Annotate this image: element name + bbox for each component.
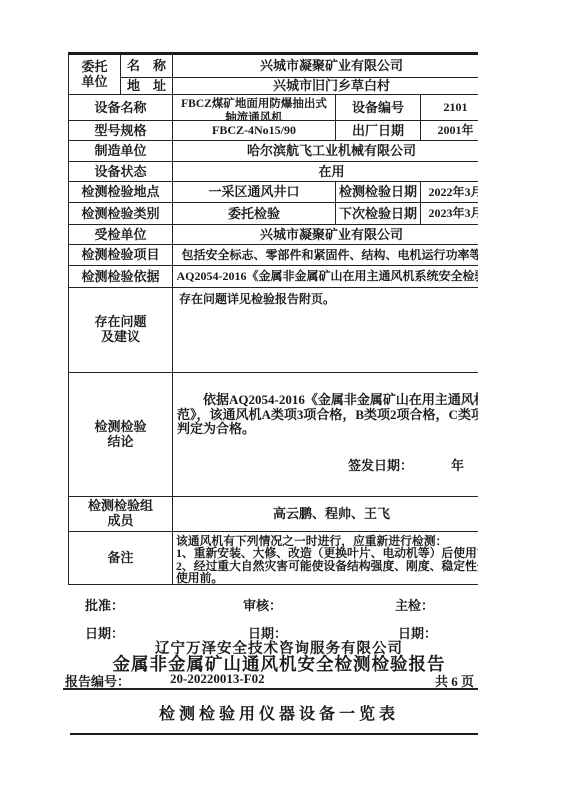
mfg-date-label: 出厂日期 (336, 121, 421, 141)
items-value: 包括安全标志、零部件和紧固件、结构、电机运行功率等 (173, 245, 479, 266)
device-no-value: 2101 (421, 95, 479, 121)
manufacturer-label: 制造单位 (69, 141, 173, 162)
row-conclusion: 检测检验 结论 依据AQ2054-2016《金属非金属矿山在用主通风机系统安 范… (69, 373, 479, 497)
name-label: 名 称 (121, 54, 173, 78)
document-page: 委托 单位 名 称 兴城市凝聚矿业有限公司 地 址 兴城市旧门乡草白村 设备名称… (0, 0, 478, 802)
approve-label: 批准： (85, 595, 124, 614)
report-number-row: 报告编号： 20-20220013-F02 共 6 页 (63, 671, 478, 690)
location-label: 检测检验地点 (69, 182, 173, 203)
inspected-unit-label: 受检单位 (69, 225, 173, 245)
problems-value: 存在问题详见检验报告附页。 (173, 288, 479, 373)
row-client-address: 地 址 兴城市旧门乡草白村 (69, 78, 479, 95)
category-value: 委托检验 (173, 203, 336, 225)
row-inspected-unit: 受检单位 兴城市凝聚矿业有限公司 (69, 225, 479, 245)
row-team: 检测检验组 成员 高云鹏、程帅、王飞 (69, 497, 479, 532)
category-label: 检测检验类别 (69, 203, 173, 225)
items-label: 检测检验项目 (69, 245, 173, 266)
device-name-value: FBCZ煤矿地面用防爆抽出式 轴流通风机 (173, 95, 336, 121)
page-count: 共 6 页 (435, 671, 474, 690)
report-no-value: 20-20220013-F02 (170, 671, 265, 687)
device-name-label: 设备名称 (69, 95, 173, 121)
basis-label: 检测检验依据 (69, 266, 173, 288)
mfg-date-value: 2001年 (421, 121, 479, 141)
row-manufacturer: 制造单位 哈尔滨航飞工业机械有限公司 (69, 141, 479, 162)
model-label: 型号规格 (69, 121, 173, 141)
conclusion-label: 检测检验 结论 (69, 373, 173, 497)
row-basis: 检测检验依据 AQ2054-2016《金属非金属矿山在用主通风机系统安全检验 (69, 266, 479, 288)
manufacturer-value: 哈尔滨航飞工业机械有限公司 (173, 141, 479, 162)
model-value: FBCZ-4No15/90 (173, 121, 336, 141)
sign-date-year: 年 (413, 458, 464, 473)
remark-value: 该通风机有下列情况之一时进行，应重新进行检测： 1、重新安装、大修、改造（更换叶… (173, 532, 479, 585)
team-label: 检测检验组 成员 (69, 497, 173, 532)
next-date-value: 2023年3月 (421, 203, 479, 225)
next-date-label: 下次检验日期 (336, 203, 421, 225)
device-no-label: 设备编号 (336, 95, 421, 121)
location-value: 一采区通风井口 (173, 182, 336, 203)
device-status-label: 设备状态 (69, 162, 173, 182)
client-unit-label: 委托 单位 (69, 54, 121, 95)
address-label: 地 址 (121, 78, 173, 95)
client-address-value: 兴城市旧门乡草白村 (173, 78, 479, 95)
chief-label: 主检： (395, 595, 434, 614)
inspection-report-table: 委托 单位 名 称 兴城市凝聚矿业有限公司 地 址 兴城市旧门乡草白村 设备名称… (68, 52, 478, 585)
sign-date-label: 签发日期： (348, 458, 413, 473)
sign-date-row: 签发日期：年 (177, 458, 478, 473)
divider-line (70, 733, 478, 735)
test-date-label: 检测检验日期 (336, 182, 421, 203)
row-category: 检测检验类别 委托检验 下次检验日期 2023年3月 (69, 203, 479, 225)
row-device-status: 设备状态 在用 (69, 162, 479, 182)
team-value: 高云鹏、程帅、王飞 (173, 497, 479, 532)
review-label: 审核： (243, 595, 282, 614)
report-no-label: 报告编号： (65, 671, 130, 690)
test-date-value: 2022年3月 (421, 182, 479, 203)
instrument-table-title: 检测检验用仪器设备一览表 (68, 701, 478, 724)
row-items: 检测检验项目 包括安全标志、零部件和紧固件、结构、电机运行功率等 (69, 245, 479, 266)
conclusion-value: 依据AQ2054-2016《金属非金属矿山在用主通风机系统安 范》，该通风机A类… (173, 373, 479, 497)
basis-value: AQ2054-2016《金属非金属矿山在用主通风机系统安全检验 (173, 266, 479, 288)
device-status-value: 在用 (173, 162, 479, 182)
inspected-unit-value: 兴城市凝聚矿业有限公司 (173, 225, 479, 245)
row-remark: 备注 该通风机有下列情况之一时进行，应重新进行检测： 1、重新安装、大修、改造（… (69, 532, 479, 585)
row-model: 型号规格 FBCZ-4No15/90 出厂日期 2001年 (69, 121, 479, 141)
row-client-name: 委托 单位 名 称 兴城市凝聚矿业有限公司 (69, 54, 479, 78)
row-device-name: 设备名称 FBCZ煤矿地面用防爆抽出式 轴流通风机 设备编号 2101 (69, 95, 479, 121)
remark-label: 备注 (69, 532, 173, 585)
row-location: 检测检验地点 一采区通风井口 检测检验日期 2022年3月 (69, 182, 479, 203)
problems-label: 存在问题 及建议 (69, 288, 173, 373)
row-problems: 存在问题 及建议 存在问题详见检验报告附页。 (69, 288, 479, 373)
client-name-value: 兴城市凝聚矿业有限公司 (173, 54, 479, 78)
